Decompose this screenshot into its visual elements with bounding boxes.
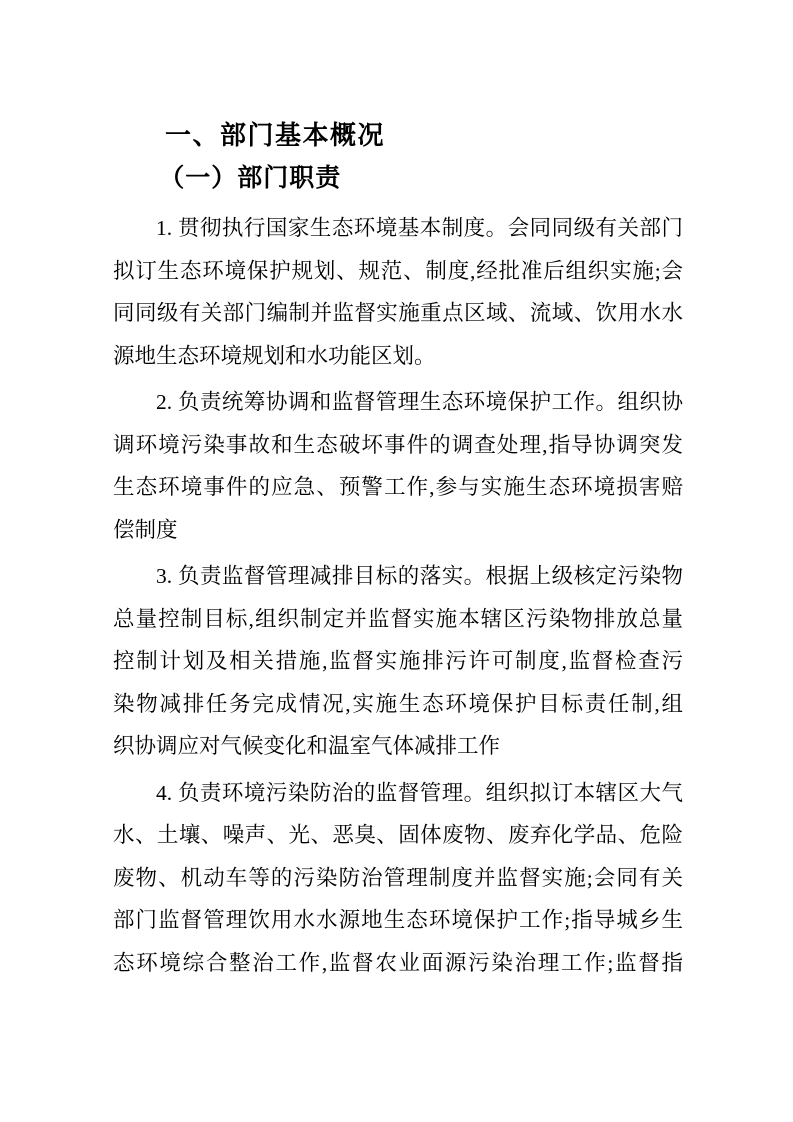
paragraph: 3. 负责监督管理减排目标的落实。根据上级核定污染物总量控制目标,组织制定并监督… — [113, 555, 683, 768]
paragraphs-container: 1. 贯彻执行国家生态环境基本制度。会同同级有关部门拟订生态环境保护规划、规范、… — [113, 207, 683, 984]
subsection-heading: （一）部门职责 — [113, 157, 683, 200]
text-line: 织协调应对气候变化和温室气体减排工作 — [113, 725, 683, 768]
text-line: 部门监督管理饮用水水源地生态环境保护工作;指导城乡生 — [113, 899, 683, 942]
paragraph: 2. 负责统筹协调和监督管理生态环境保护工作。组织协调环境污染事故和生态破坏事件… — [113, 381, 683, 551]
text-line: 调环境污染事故和生态破坏事件的调查处理,指导协调突发 — [113, 424, 683, 467]
text-line: 染物减排任务完成情况,实施生态环境保护目标责任制,组 — [113, 683, 683, 726]
text-line: 废物、机动车等的污染防治管理制度并监督实施;会同有关 — [113, 857, 683, 900]
text-line: 总量控制目标,组织制定并监督实施本辖区污染物排放总量 — [113, 598, 683, 641]
text-line: 3. 负责监督管理减排目标的落实。根据上级核定污染物 — [113, 555, 683, 598]
text-line: 生态环境事件的应急、预警工作,参与实施生态环境损害赔 — [113, 466, 683, 509]
text-line: 同同级有关部门编制并监督实施重点区域、流域、饮用水水 — [113, 292, 683, 335]
text-line: 4. 负责环境污染防治的监督管理。组织拟订本辖区大气 — [113, 772, 683, 815]
text-line: 2. 负责统筹协调和监督管理生态环境保护工作。组织协 — [113, 381, 683, 424]
text-line: 拟订生态环境保护规划、规范、制度,经批准后组织实施;会 — [113, 250, 683, 293]
text-line: 源地生态环境规划和水功能区划。 — [113, 335, 683, 378]
text-line: 态环境综合整治工作,监督农业面源污染治理工作;监督指 — [113, 942, 683, 985]
text-line: 控制计划及相关措施,监督实施排污许可制度,监督检查污 — [113, 640, 683, 683]
document-page: 一、部门基本概况 （一）部门职责 1. 贯彻执行国家生态环境基本制度。会同同级有… — [0, 0, 793, 1122]
text-line: 1. 贯彻执行国家生态环境基本制度。会同同级有关部门 — [113, 207, 683, 250]
paragraph: 1. 贯彻执行国家生态环境基本制度。会同同级有关部门拟订生态环境保护规划、规范、… — [113, 207, 683, 377]
text-line: 水、土壤、噪声、光、恶臭、固体废物、废弃化学品、危险 — [113, 814, 683, 857]
text-line: 偿制度 — [113, 509, 683, 552]
document-content: 一、部门基本概况 （一）部门职责 1. 贯彻执行国家生态环境基本制度。会同同级有… — [113, 114, 683, 984]
section-heading: 一、部门基本概况 — [113, 114, 683, 157]
paragraph: 4. 负责环境污染防治的监督管理。组织拟订本辖区大气水、土壤、噪声、光、恶臭、固… — [113, 772, 683, 985]
